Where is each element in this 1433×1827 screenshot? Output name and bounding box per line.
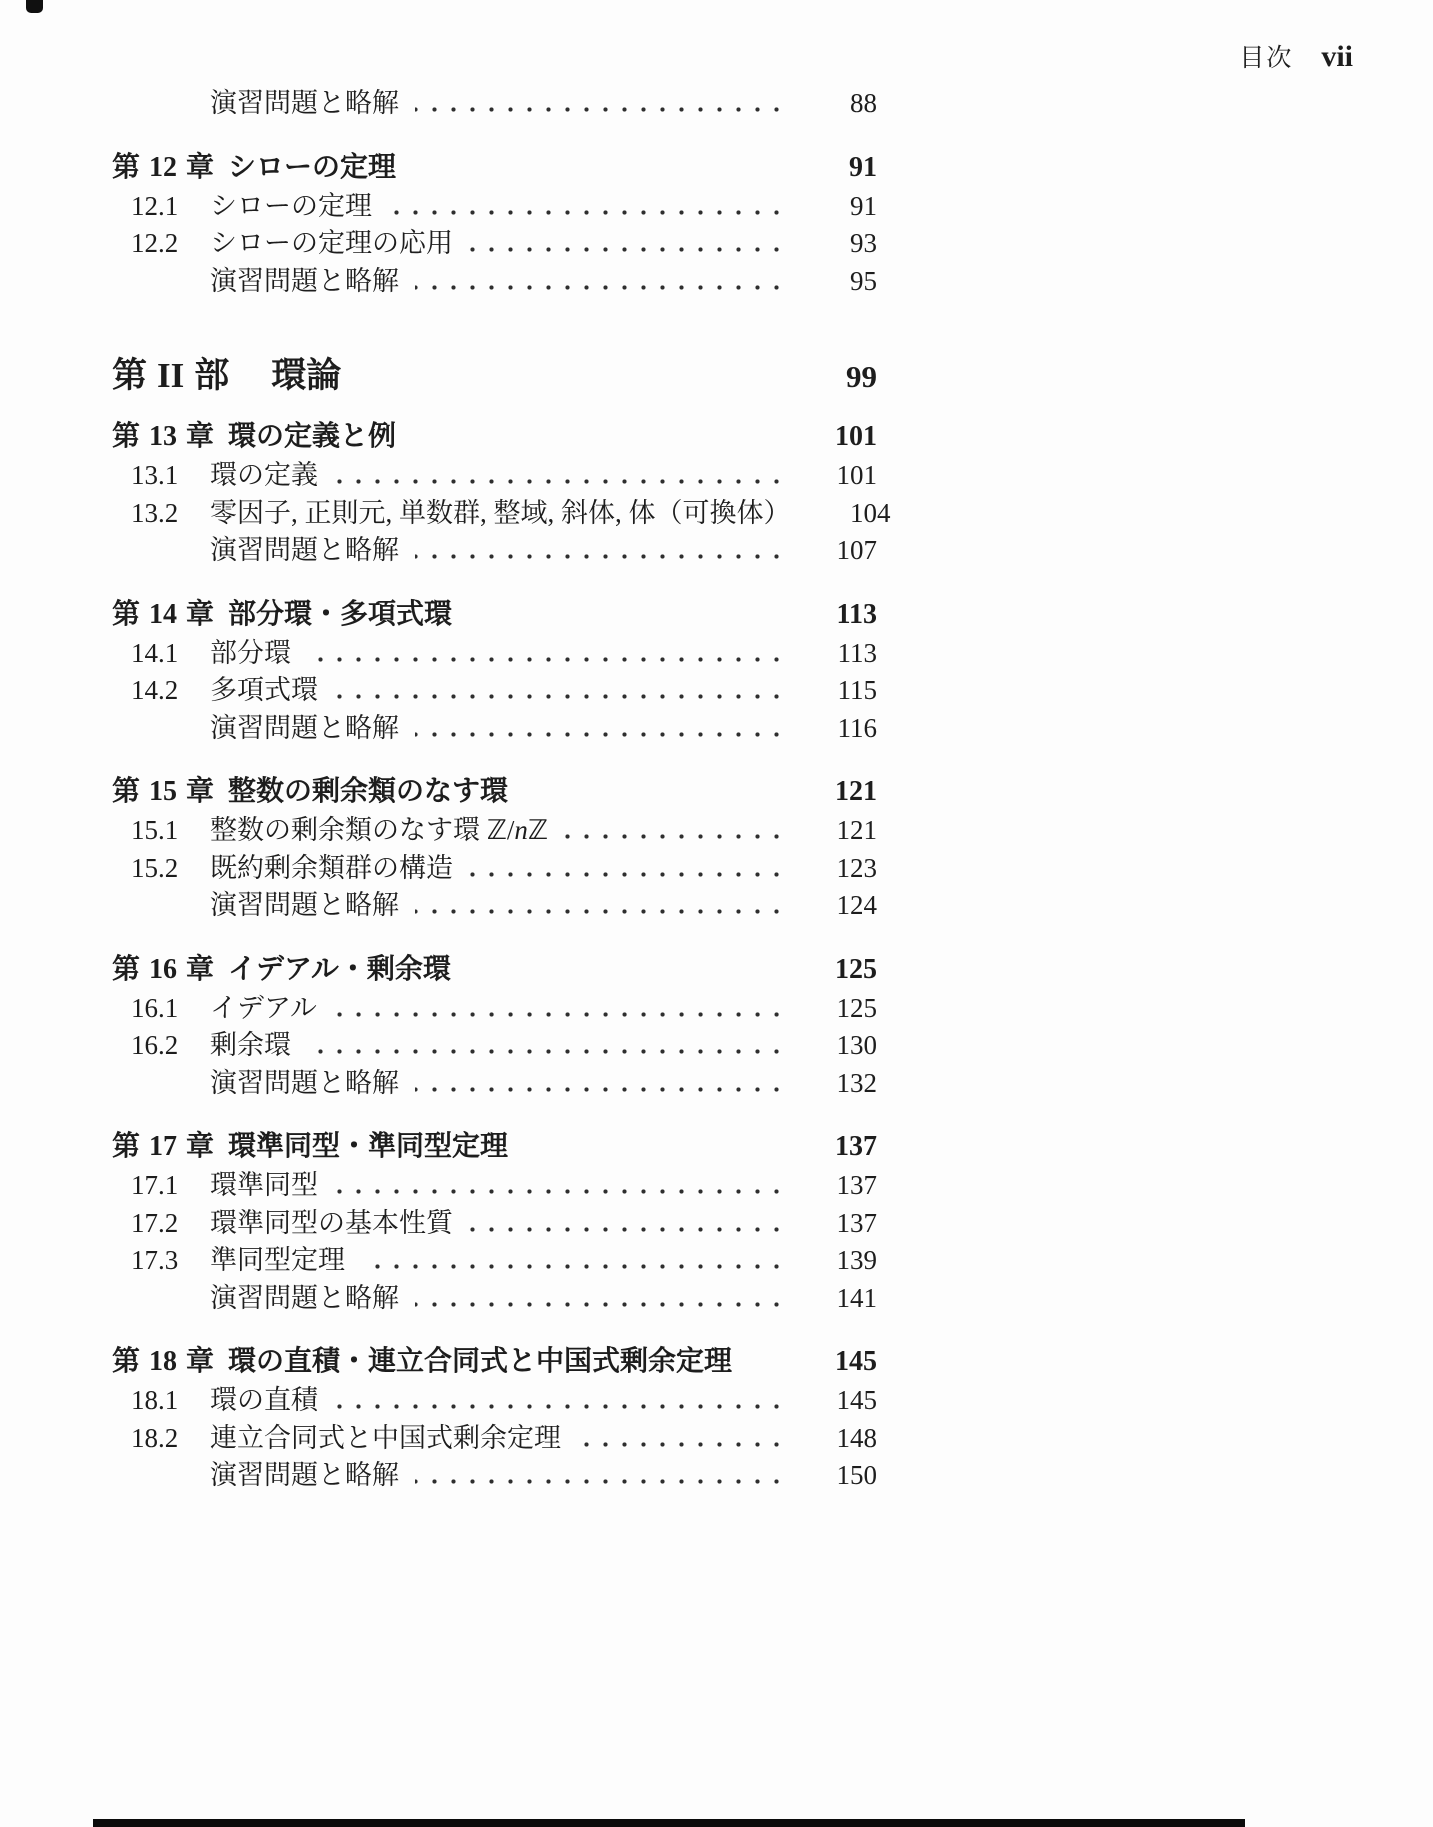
entry-page-number: 91 bbox=[813, 147, 877, 189]
entry-number: 13.1 bbox=[131, 457, 210, 495]
entry-title: 零因子, 正則元, 単数群, 整域, 斜体, 体（可換体） bbox=[210, 495, 791, 533]
header-page-number: vii bbox=[1321, 40, 1353, 74]
entry-page-number: 93 bbox=[813, 225, 877, 263]
entry-page-number: 88 bbox=[813, 85, 877, 123]
toc-entry-9: 演習問題と略解107 bbox=[0, 532, 877, 570]
entry-number: 18.1 bbox=[131, 1382, 210, 1420]
entry-label-post: 章 bbox=[186, 953, 214, 984]
entry-label-pre: 第 bbox=[112, 151, 140, 182]
toc-entry-28: 18.1環の直積145 bbox=[0, 1382, 877, 1420]
toc-entry-5: 第II部環論99 bbox=[0, 351, 877, 401]
entry-title: 整数の剰余類のなす環 bbox=[228, 770, 508, 812]
entry-page-number: 125 bbox=[813, 990, 877, 1028]
dot-leader bbox=[415, 1479, 793, 1484]
entry-label-pre: 第 bbox=[112, 775, 140, 806]
dot-leader bbox=[415, 107, 793, 112]
toc-entry-30: 演習問題と略解150 bbox=[0, 1457, 877, 1495]
entry-page-number: 121 bbox=[813, 771, 877, 813]
entry-label: 第15章 bbox=[112, 770, 214, 813]
entry-label-num: II bbox=[157, 356, 184, 395]
entry-number: 12.2 bbox=[131, 225, 210, 263]
entry-label: 第12章 bbox=[112, 146, 214, 189]
entry-title: シローの定理の応用 bbox=[210, 225, 453, 263]
entry-label-num: 12 bbox=[149, 152, 177, 183]
entry-page-number: 107 bbox=[813, 532, 877, 570]
toc-entry-18: 第16章イデアル・剰余環125 bbox=[0, 948, 877, 990]
toc-entry-16: 15.2既約剰余類群の構造123 bbox=[0, 850, 877, 888]
entry-title: 演習問題と略解 bbox=[210, 1280, 399, 1318]
entry-title: イデアル bbox=[210, 990, 317, 1028]
entry-label-pre: 第 bbox=[112, 1345, 140, 1376]
entry-number: 17.1 bbox=[131, 1167, 210, 1205]
entry-page-number: 150 bbox=[813, 1457, 877, 1495]
entry-page-number: 123 bbox=[813, 850, 877, 888]
entry-number: 17.3 bbox=[131, 1242, 210, 1280]
entry-label: 第17章 bbox=[112, 1125, 214, 1168]
entry-number: 18.2 bbox=[131, 1420, 210, 1458]
toc-entry-29: 18.2連立合同式と中国式剰余定理148 bbox=[0, 1420, 877, 1458]
entry-label-pre: 第 bbox=[112, 356, 147, 395]
entry-page-number: 113 bbox=[813, 594, 877, 636]
toc-entry-14: 第15章整数の剰余類のなす環121 bbox=[0, 770, 877, 812]
entry-label-post: 章 bbox=[186, 775, 214, 806]
entry-label: 第13章 bbox=[112, 415, 214, 458]
entry-title: 環の定義 bbox=[210, 457, 318, 495]
toc-entry-10: 第14章部分環・多項式環113 bbox=[0, 593, 877, 635]
dot-leader bbox=[577, 1442, 793, 1447]
toc-entry-23: 17.1環準同型137 bbox=[0, 1167, 877, 1205]
entry-label-post: 章 bbox=[186, 420, 214, 451]
entry-page-number: 124 bbox=[813, 887, 877, 925]
entry-page-number: 137 bbox=[813, 1205, 877, 1243]
entry-page-number: 113 bbox=[813, 635, 877, 673]
entry-label-num: 15 bbox=[149, 776, 177, 807]
entry-label-pre: 第 bbox=[112, 598, 140, 629]
entry-title: 環の直積・連立合同式と中国式剰余定理 bbox=[228, 1340, 732, 1382]
entry-page-number: 115 bbox=[813, 672, 877, 710]
entry-page-number: 91 bbox=[813, 188, 877, 226]
dot-leader bbox=[564, 834, 793, 839]
entry-number: 17.2 bbox=[131, 1205, 210, 1243]
entry-title-part: ℤ bbox=[528, 815, 548, 846]
toc-entry-12: 14.2多項式環115 bbox=[0, 672, 877, 710]
toc-entry-13: 演習問題と略解116 bbox=[0, 710, 877, 748]
entry-title: 環の定義と例 bbox=[228, 415, 396, 457]
entry-label: 第18章 bbox=[112, 1340, 214, 1383]
entry-label-num: 14 bbox=[149, 599, 177, 630]
toc-entry-11: 14.1部分環113 bbox=[0, 635, 877, 673]
dot-leader bbox=[415, 1302, 793, 1307]
dot-leader bbox=[307, 657, 793, 662]
entry-title: 環論 bbox=[271, 351, 341, 401]
dot-leader bbox=[415, 285, 793, 290]
entry-page-number: 116 bbox=[813, 710, 877, 748]
entry-label-post: 章 bbox=[186, 1345, 214, 1376]
entry-title: 演習問題と略解 bbox=[210, 1457, 399, 1495]
toc-entry-26: 演習問題と略解141 bbox=[0, 1280, 877, 1318]
toc-entry-21: 演習問題と略解132 bbox=[0, 1065, 877, 1103]
entry-page-number: 101 bbox=[813, 416, 877, 458]
dot-leader bbox=[469, 1227, 793, 1232]
toc-entry-25: 17.3準同型定理139 bbox=[0, 1242, 877, 1280]
entry-title: 演習問題と略解 bbox=[210, 85, 399, 123]
entry-title: 多項式環 bbox=[210, 672, 318, 710]
entry-title: 演習問題と略解 bbox=[210, 1065, 399, 1103]
entry-label-num: 17 bbox=[149, 1131, 177, 1162]
dot-leader bbox=[334, 694, 793, 699]
header-toc-label: 目次 bbox=[1239, 38, 1293, 74]
entry-label-num: 18 bbox=[149, 1346, 177, 1377]
entry-number: 14.1 bbox=[131, 635, 210, 673]
entry-title: イデアル・剰余環 bbox=[228, 948, 451, 990]
entry-title: 演習問題と略解 bbox=[210, 887, 399, 925]
dot-leader bbox=[307, 1049, 793, 1054]
entry-page-number: 101 bbox=[813, 457, 877, 495]
entry-label-post: 章 bbox=[186, 1130, 214, 1161]
entry-title: 環準同型・準同型定理 bbox=[228, 1125, 508, 1167]
dot-leader bbox=[469, 872, 793, 877]
entry-page-number: 139 bbox=[813, 1242, 877, 1280]
scan-artifact-top-left bbox=[26, 0, 43, 13]
entry-title-part: n bbox=[514, 815, 528, 845]
dot-leader bbox=[415, 554, 793, 559]
dot-leader bbox=[333, 1012, 793, 1017]
entry-page-number: 137 bbox=[813, 1167, 877, 1205]
toc-entry-0: 演習問題と略解88 bbox=[0, 85, 877, 123]
entry-label-pre: 第 bbox=[112, 953, 140, 984]
toc-entry-24: 17.2環準同型の基本性質137 bbox=[0, 1205, 877, 1243]
entry-number: 16.2 bbox=[131, 1027, 210, 1065]
entry-title: シローの定理 bbox=[228, 146, 396, 188]
entry-title: 環準同型 bbox=[210, 1167, 318, 1205]
toc-entry-6: 第13章環の定義と例101 bbox=[0, 415, 877, 457]
entry-title: 環の直積 bbox=[210, 1382, 318, 1420]
entry-number: 14.2 bbox=[131, 672, 210, 710]
entry-title-part: 整数の剰余類のなす環 bbox=[210, 815, 487, 845]
dot-leader bbox=[334, 1404, 793, 1409]
entry-page-number: 148 bbox=[813, 1420, 877, 1458]
dot-leader bbox=[334, 1189, 793, 1194]
toc-entry-8: 13.2零因子, 正則元, 単数群, 整域, 斜体, 体（可換体）104 bbox=[0, 495, 877, 533]
entry-page-number: 145 bbox=[813, 1341, 877, 1383]
entry-label: 第14章 bbox=[112, 593, 214, 636]
entry-title: 演習問題と略解 bbox=[210, 710, 399, 748]
entry-label-pre: 第 bbox=[112, 420, 140, 451]
entry-title: 既約剰余類群の構造 bbox=[210, 850, 453, 888]
entry-page-number: 130 bbox=[813, 1027, 877, 1065]
entry-label: 第II部 bbox=[112, 351, 229, 401]
entry-title: 部分環 bbox=[210, 635, 291, 673]
entry-page-number: 137 bbox=[813, 1126, 877, 1168]
entry-label-post: 章 bbox=[186, 151, 214, 182]
toc-entry-7: 13.1環の定義101 bbox=[0, 457, 877, 495]
toc-entry-4: 演習問題と略解95 bbox=[0, 263, 877, 301]
dot-leader bbox=[415, 909, 793, 914]
entry-page-number: 95 bbox=[813, 263, 877, 301]
toc-entry-3: 12.2シローの定理の応用93 bbox=[0, 225, 877, 263]
entry-label-post: 部 bbox=[194, 356, 229, 395]
entry-title: 準同型定理 bbox=[210, 1242, 345, 1280]
entry-title: 剰余環 bbox=[210, 1027, 291, 1065]
toc-entry-20: 16.2剰余環130 bbox=[0, 1027, 877, 1065]
entry-title: 演習問題と略解 bbox=[210, 532, 399, 570]
entry-title: 環準同型の基本性質 bbox=[210, 1205, 453, 1243]
toc-entry-1: 第12章シローの定理91 bbox=[0, 146, 877, 188]
entry-page-number: 125 bbox=[813, 949, 877, 991]
toc-entry-15: 15.1整数の剰余類のなす環 ℤ/nℤ121 bbox=[0, 812, 877, 850]
entry-page-number: 121 bbox=[813, 812, 877, 850]
entry-number: 15.1 bbox=[131, 812, 210, 850]
book-page: 目次 vii 演習問題と略解88第12章シローの定理9112.1シローの定理91… bbox=[0, 0, 1433, 1827]
toc-list: 演習問題と略解88第12章シローの定理9112.1シローの定理9112.2シロー… bbox=[0, 85, 1433, 1495]
entry-label-pre: 第 bbox=[112, 1130, 140, 1161]
entry-number: 12.1 bbox=[131, 188, 210, 226]
dot-leader bbox=[469, 247, 793, 252]
toc-entry-19: 16.1イデアル125 bbox=[0, 990, 877, 1028]
entry-page-number: 99 bbox=[813, 352, 877, 402]
entry-label-num: 16 bbox=[149, 954, 177, 985]
dot-leader bbox=[415, 1087, 793, 1092]
scan-artifact-bottom-bar bbox=[93, 1819, 1245, 1827]
toc-entry-22: 第17章環準同型・準同型定理137 bbox=[0, 1125, 877, 1167]
entry-page-number: 132 bbox=[813, 1065, 877, 1103]
running-header: 目次 vii bbox=[1239, 38, 1353, 74]
dot-leader bbox=[388, 210, 793, 215]
toc-entry-27: 第18章環の直積・連立合同式と中国式剰余定理145 bbox=[0, 1340, 877, 1382]
entry-title: 連立合同式と中国式剰余定理 bbox=[210, 1420, 561, 1458]
dot-leader bbox=[361, 1264, 793, 1269]
entry-number: 16.1 bbox=[131, 990, 210, 1028]
entry-page-number: 104 bbox=[827, 495, 891, 533]
toc-entry-17: 演習問題と略解124 bbox=[0, 887, 877, 925]
entry-page-number: 145 bbox=[813, 1382, 877, 1420]
entry-label: 第16章 bbox=[112, 948, 214, 991]
entry-title: 整数の剰余類のなす環 ℤ/nℤ bbox=[210, 812, 548, 850]
entry-title: 部分環・多項式環 bbox=[228, 593, 452, 635]
entry-title: 演習問題と略解 bbox=[210, 263, 399, 301]
entry-label-post: 章 bbox=[186, 598, 214, 629]
entry-number: 13.2 bbox=[131, 495, 210, 533]
entry-title: シローの定理 bbox=[210, 188, 372, 226]
toc-entry-2: 12.1シローの定理91 bbox=[0, 188, 877, 226]
entry-title-part: ℤ bbox=[487, 815, 507, 846]
entry-number: 15.2 bbox=[131, 850, 210, 888]
entry-label-num: 13 bbox=[149, 421, 177, 452]
dot-leader bbox=[415, 732, 793, 737]
dot-leader bbox=[334, 479, 793, 484]
entry-page-number: 141 bbox=[813, 1280, 877, 1318]
